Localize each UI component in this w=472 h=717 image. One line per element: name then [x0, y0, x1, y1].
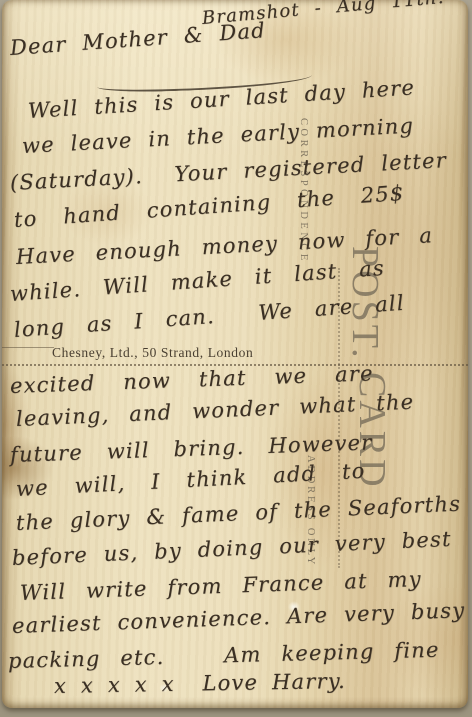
handwritten-salutation: Dear Mother & Dad	[9, 18, 266, 60]
handwriting-line: we leave in the early morning	[21, 113, 414, 158]
postcard-scan: Chesney, Ltd., 50 Strand, London CORRESP…	[0, 0, 472, 717]
handwriting-signoff: x x x x x Love Harry.	[54, 669, 346, 698]
printed-rule	[2, 347, 54, 348]
postcard-paper: Chesney, Ltd., 50 Strand, London CORRESP…	[2, 0, 468, 708]
handwriting-line: excited now that we are	[10, 361, 374, 398]
handwriting-line: earliest convenience. Are very busy	[12, 598, 466, 638]
publisher-imprint: Chesney, Ltd., 50 Strand, London	[52, 345, 253, 361]
handwriting-line: before us, by doing our very best	[11, 527, 452, 570]
handwriting-line: packing etc. Am keeping fine	[8, 638, 440, 673]
handwriting-line: Will write from France at my	[20, 567, 422, 605]
